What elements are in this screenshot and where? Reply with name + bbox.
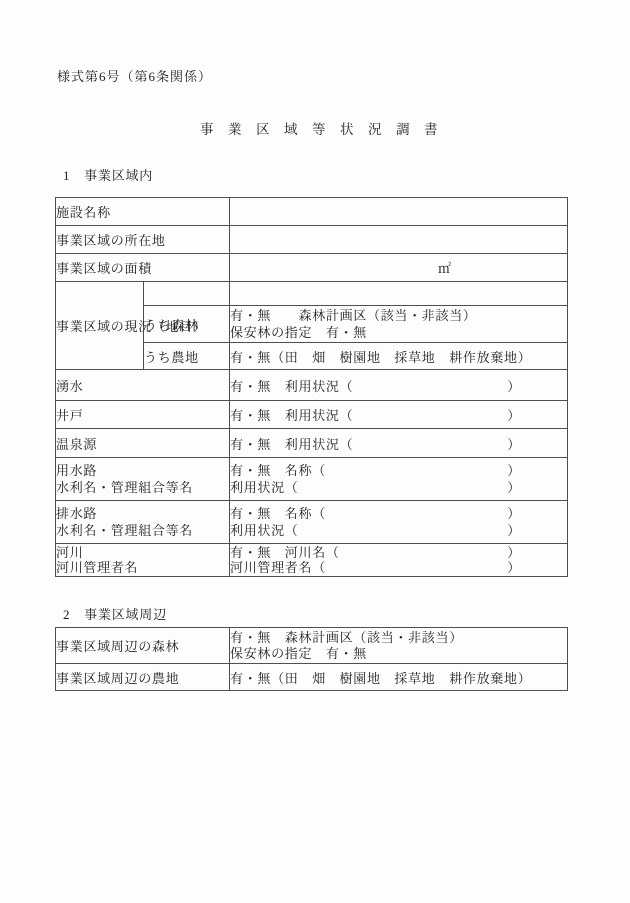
river-line2: 河川管理者名（ [230,560,326,575]
row-area: 事業区域の面積 ㎡ [56,254,568,282]
area-label: 事業区域の面積 [56,254,230,282]
drainage-channel-close-paren2: ） [507,522,521,539]
row-irrigation-channel: 用水路 水利名・管理組合等名 有・無 名称（ ） 利用状況（ ） [56,458,568,501]
irrigation-channel-line1: 有・無 名称（ [230,462,326,479]
well-value-cell: 有・無 利用状況（ ） [230,401,568,429]
surrounding-farmland-label: 事業区域周辺の農地 [56,664,230,691]
irrigation-channel-label2: 水利名・管理組合等名 [56,479,229,496]
surrounding-forest-line1: 有・無 森林計画区（該当・非該当） [230,630,567,646]
row-spring-water: 湧水 有・無 利用状況（ ） [56,370,568,401]
hot-spring-source-label: 温泉源 [56,429,230,458]
row-current-land-category: 事業区域の現況（地目） [56,282,568,306]
row-river: 河川 河川管理者名 有・無 河川名（ ） 河川管理者名（ ） [56,544,568,577]
section-2-heading: 2 事業区域周辺 [63,604,167,623]
surrounding-forest-value-cell: 有・無 森林計画区（該当・非該当） 保安林の指定 有・無 [230,628,568,664]
drainage-channel-label2: 水利名・管理組合等名 [56,522,229,539]
farmland-portion-value: 有・無（田 畑 樹園地 採草地 耕作放棄地） [230,343,568,370]
river-label-cell: 河川 河川管理者名 [56,544,230,577]
current-land-category-value-cell [230,282,568,306]
drainage-channel-line2: 利用状況（ [230,522,299,539]
surrounding-forest-line2: 保安林の指定 有・無 [230,646,567,662]
row-location: 事業区域の所在地 [56,226,568,254]
drainage-channel-label1: 排水路 [56,505,229,522]
forest-portion-line1: 有・無 森林計画区（該当・非該当） [230,307,567,324]
square-meter-unit: ㎡ [438,261,452,276]
river-label1: 河川 [56,545,229,560]
table-business-area-surroundings: 事業区域周辺の森林 有・無 森林計画区（該当・非該当） 保安林の指定 有・無 事… [55,627,568,691]
location-value-cell [230,226,568,254]
hot-spring-source-value-cell: 有・無 利用状況（ ） [230,429,568,458]
forest-portion-value-cell: 有・無 森林計画区（該当・非該当） 保安林の指定 有・無 [230,306,568,343]
drainage-channel-label-cell: 排水路 水利名・管理組合等名 [56,501,230,544]
current-land-category-label-cell: 事業区域の現況（地目） [56,282,144,370]
irrigation-channel-close-paren1: ） [507,462,521,479]
drainage-channel-line1: 有・無 名称（ [230,505,326,522]
document-page: 様式第6号（第6条関係） 事 業 区 域 等 状 況 調 書 1 事業区域内 施… [0,0,630,903]
facility-name-label: 施設名称 [56,198,230,226]
irrigation-channel-label-cell: 用水路 水利名・管理組合等名 [56,458,230,501]
well-text: 有・無 利用状況（ [230,405,353,424]
section-1-heading: 1 事業区域内 [63,165,153,184]
area-value-cell: ㎡ [230,254,568,282]
row-surrounding-farmland: 事業区域周辺の農地 有・無（田 畑 樹園地 採草地 耕作放棄地） [56,664,568,691]
row-well: 井戸 有・無 利用状況（ ） [56,401,568,429]
well-close-paren: ） [507,405,521,424]
irrigation-channel-value-cell: 有・無 名称（ ） 利用状況（ ） [230,458,568,501]
table-business-area-inner: 施設名称 事業区域の所在地 事業区域の面積 ㎡ 事業区域の現況（地目） うち森林… [55,197,568,577]
forest-portion-line2: 保安林の指定 有・無 [230,324,567,341]
river-close-paren1: ） [507,545,521,560]
spring-water-close-paren: ） [507,376,521,395]
row-drainage-channel: 排水路 水利名・管理組合等名 有・無 名称（ ） 利用状況（ ） [56,501,568,544]
forest-portion-label: うち森林 [144,306,230,343]
row-surrounding-forest: 事業区域周辺の森林 有・無 森林計画区（該当・非該当） 保安林の指定 有・無 [56,628,568,664]
river-close-paren2: ） [507,560,521,575]
farmland-portion-label: うち農地 [144,343,230,370]
irrigation-channel-close-paren2: ） [507,479,521,496]
irrigation-channel-label1: 用水路 [56,462,229,479]
row-facility-name: 施設名称 [56,198,568,226]
spring-water-value-cell: 有・無 利用状況（ ） [230,370,568,401]
row-hot-spring-source: 温泉源 有・無 利用状況（ ） [56,429,568,458]
drainage-channel-close-paren1: ） [507,505,521,522]
document-title: 事 業 区 域 等 状 況 調 書 [4,118,630,138]
well-label: 井戸 [56,401,230,429]
facility-name-value-cell [230,198,568,226]
river-value-cell: 有・無 河川名（ ） 河川管理者名（ ） [230,544,568,577]
current-land-category-sub-spacer [144,282,230,306]
form-number-label: 様式第6号（第6条関係） [57,66,212,85]
irrigation-channel-line2: 利用状況（ [230,479,299,496]
river-line1: 有・無 河川名（ [230,545,340,560]
drainage-channel-value-cell: 有・無 名称（ ） 利用状況（ ） [230,501,568,544]
river-label2: 河川管理者名 [56,560,229,575]
surrounding-forest-label: 事業区域周辺の森林 [56,628,230,664]
hot-spring-source-close-paren: ） [507,434,521,453]
spring-water-text: 有・無 利用状況（ [230,376,353,395]
location-label: 事業区域の所在地 [56,226,230,254]
hot-spring-source-text: 有・無 利用状況（ [230,434,353,453]
spring-water-label: 湧水 [56,370,230,401]
surrounding-farmland-value: 有・無（田 畑 樹園地 採草地 耕作放棄地） [230,664,568,691]
